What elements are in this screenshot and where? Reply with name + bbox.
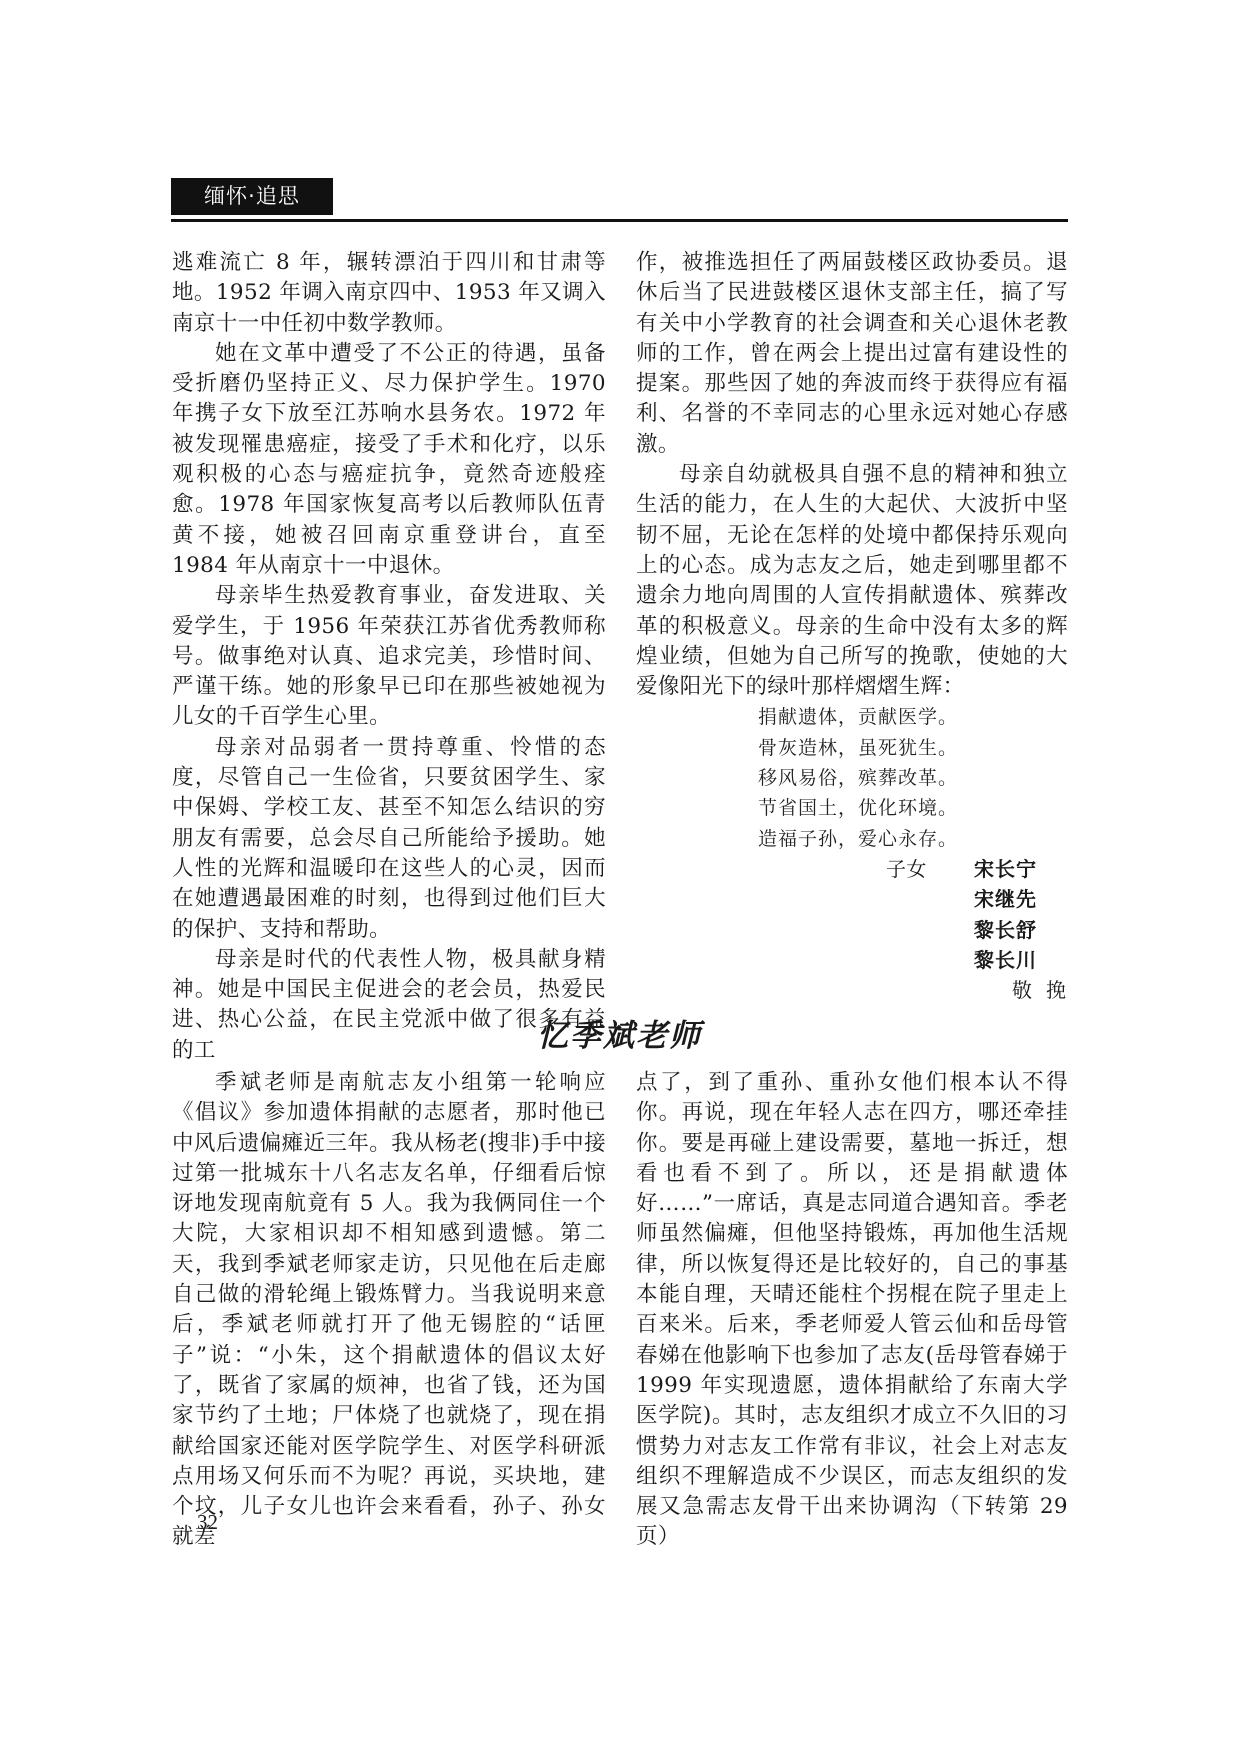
article-1-left-column: 逃难流亡 8 年，辗转漂泊于四川和甘肃等地。1952 年调入南京四中、1953 … [172, 248, 606, 1066]
paragraph: 作，被推选担任了两届鼓楼区政协委员。退休后当了民进鼓楼区退休支部主任，搞了写有关… [636, 248, 1068, 460]
article-2-left-column: 季斌老师是南航志友小组第一轮响应《倡议》参加遗体捐献的志愿者，那时他已中风后遗偏… [172, 1068, 606, 1553]
article-title: 忆季斌老师 [171, 1010, 1068, 1055]
page-number: 32 [197, 1510, 218, 1535]
poem-line: 移风易俗，殡葬改革。 [758, 763, 1068, 793]
section-tag: 缅怀·追思 [171, 178, 333, 215]
poem-line: 骨灰造林，虽死犹生。 [758, 733, 1068, 763]
paragraph: 点了，到了重孙、重孙女他们根本认不得你。再说，现在年轻人志在四方，哪还牵挂你。要… [636, 1068, 1068, 1553]
article-1-right-column: 作，被推选担任了两届鼓楼区政协委员。退休后当了民进鼓楼区退休支部主任，搞了写有关… [636, 248, 1068, 1005]
signature-relation: 子女 [886, 854, 974, 884]
paragraph: 母亲毕生热爱教育事业，奋发进取、关爱学生，于 1956 年荣获江苏省优秀教师称号… [172, 581, 606, 732]
signature-name: 黎长川 [974, 945, 1037, 975]
paragraph: 母亲自幼就极具自强不息的精神和独立生活的能力，在人生的大起伏、大波折中坚韧不屈，… [636, 460, 1068, 702]
signature-name: 宋长宁 [974, 854, 1037, 884]
spacer [886, 884, 974, 914]
signature-closing: 敬挽 [636, 975, 1082, 1005]
spacer [886, 945, 974, 975]
poem-line: 节省国土，优化环境。 [758, 793, 1068, 823]
paragraph: 逃难流亡 8 年，辗转漂泊于四川和甘肃等地。1952 年调入南京四中、1953 … [172, 248, 606, 339]
signature-block: 子女 宋长宁 宋继先 黎长舒 黎长川 敬挽 [636, 854, 1068, 1005]
poem-line: 捐献遗体，贡献医学。 [758, 702, 1068, 732]
paragraph: 母亲对品弱者一贯持尊重、怜惜的态度，尽管自己一生俭省，只要贫困学生、家中保姆、学… [172, 733, 606, 945]
article-2-right-column: 点了，到了重孙、重孙女他们根本认不得你。再说，现在年轻人志在四方，哪还牵挂你。要… [636, 1068, 1068, 1553]
signature-name: 宋继先 [974, 884, 1037, 914]
spacer [886, 915, 974, 945]
paragraph: 她在文革中遭受了不公正的待遇，虽备受折磨仍坚持正义、尽力保护学生。1970 年携… [172, 339, 606, 581]
elegy-poem: 捐献遗体，贡献医学。 骨灰造林，虽死犹生。 移风易俗，殡葬改革。 节省国土，优化… [636, 702, 1068, 853]
signature-name: 黎长舒 [974, 915, 1037, 945]
poem-line: 造福子孙，爱心永存。 [758, 824, 1068, 854]
header-rule [171, 219, 1068, 222]
paragraph: 季斌老师是南航志友小组第一轮响应《倡议》参加遗体捐献的志愿者，那时他已中风后遗偏… [172, 1068, 606, 1553]
